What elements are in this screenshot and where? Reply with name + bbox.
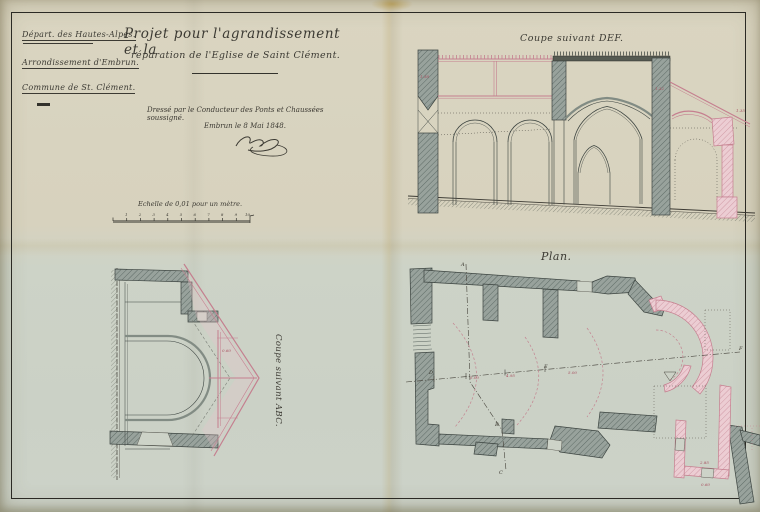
letter-c: C xyxy=(499,470,503,476)
scale-bar: 1 2 3 4 5 6 7 8 9 10 xyxy=(108,211,260,227)
letter-e: E xyxy=(543,364,548,370)
new-aisle-roof-pink xyxy=(438,55,553,98)
dim-left-pillar: 1.38 xyxy=(420,74,429,79)
axis-dim-2: 4.95 xyxy=(505,373,515,378)
wall-openings xyxy=(137,312,207,446)
scale-tick: 6 xyxy=(194,212,197,217)
letter-b: B xyxy=(494,422,499,428)
scale-tick: 4 xyxy=(165,212,169,217)
dotted-lines xyxy=(438,113,738,200)
closing-dash xyxy=(37,103,50,106)
scale-label: Echelle de 0,01 pour un mètre. xyxy=(138,200,242,208)
apse-dim-1: 2.85 xyxy=(699,460,709,465)
aisle-arcade xyxy=(453,120,552,205)
attribution-line1: Dressé par le Conducteur des Ponts et Ch… xyxy=(147,106,357,122)
dim-right-pillar: 1.32 xyxy=(655,86,664,91)
commune-line: Commune de St. Clément. xyxy=(22,83,135,94)
dim-strut: 0.60 xyxy=(222,348,231,353)
plan-drawing: A B C D E F 5.00 4.95 5.00 2.85 0.60 xyxy=(402,258,760,506)
new-apse-walls-pink xyxy=(649,296,731,479)
arrondissement-line: Arrondissement d'Embrun. xyxy=(22,58,139,69)
main-title-line2: réparation de l'Eglise de Saint Clément. xyxy=(131,50,351,61)
scale-tick: 3 xyxy=(152,212,155,217)
scale-tick: 10 xyxy=(245,212,251,217)
scanned-architectural-drawing: Départ. des Hautes-Alpes. Arrondissement… xyxy=(0,0,760,512)
axis-dim-3: 5.00 xyxy=(568,370,577,375)
scale-tick: 1 xyxy=(125,212,128,217)
ground-reference xyxy=(111,268,120,480)
interior-lines xyxy=(125,282,181,449)
letter-d: D xyxy=(428,370,433,376)
chancel-pointed-arch xyxy=(574,107,642,205)
clerestory-wall xyxy=(552,61,566,205)
coupe-def-drawing: 1.38 xyxy=(406,32,756,227)
left-buttress-pier: 1.38 xyxy=(418,50,438,213)
ground-line xyxy=(408,196,755,222)
vault-arcs-dashed xyxy=(453,323,683,427)
signature-flourish xyxy=(226,132,304,162)
coupe-abc-drawing: 0.60 xyxy=(70,258,305,493)
scale-tick: 7 xyxy=(207,212,210,217)
department-line: Départ. des Hautes-Alpes. xyxy=(22,30,136,41)
dim-apse: 1.35 xyxy=(736,108,745,113)
scale-tick: 8 xyxy=(221,212,224,217)
new-roof-gable-pink: 0.60 xyxy=(181,264,259,456)
scale-tick: 5 xyxy=(180,212,183,217)
scale-tick: 2 xyxy=(138,212,142,217)
apse-vault xyxy=(125,336,210,420)
attribution-line2: Embrun le 8 Mai 1848. xyxy=(204,122,324,130)
title-rule xyxy=(192,73,278,74)
scale-tick: 9 xyxy=(235,212,238,217)
right-pier: 1.32 xyxy=(652,58,670,215)
staircase xyxy=(413,325,432,350)
axis-ticks xyxy=(434,366,545,382)
axis-dim-1: 5.00 xyxy=(470,375,479,380)
letter-f: F xyxy=(738,346,743,352)
apse-dim-2: 0.60 xyxy=(701,482,710,487)
door-arch xyxy=(578,146,610,205)
new-apse-section-pink: 1.35 xyxy=(670,82,750,218)
letter-a: A xyxy=(460,262,465,268)
